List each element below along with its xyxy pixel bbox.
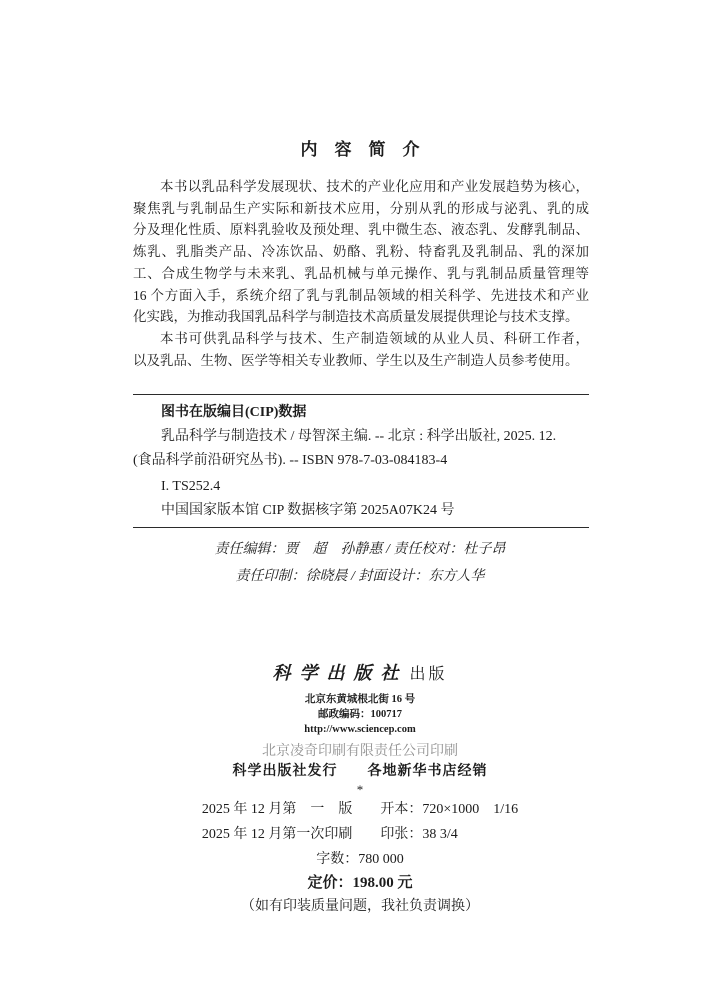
cip-series-isbn: (食品科学前沿研究丛书). -- ISBN 978-7-03-084183-4	[133, 449, 589, 473]
publisher-colophon: 科学出版社出版 北京东黄城根北街 16 号 邮政编码：100717 http:/…	[0, 662, 720, 918]
credit-editors: 责任编辑：贾 超 孙静惠 / 责任校对：杜子昂	[0, 536, 720, 563]
word-count-line: 字数：780 000	[0, 847, 720, 872]
staff-credits: 责任编辑：贾 超 孙静惠 / 责任校对：杜子昂 责任印制：徐晓晨 / 封面设计：…	[0, 536, 720, 590]
intro-line: 化实践，为推动我国乳品科学与制造技术高质量发展提供理论与技术支撑。	[133, 306, 589, 328]
intro-line: 工、合成生物学与未来乳、乳品机械与单元操作、乳与乳制品质量管理等	[133, 263, 589, 285]
publisher-address: 北京东黄城根北街 16 号	[0, 692, 720, 707]
printer-line: 北京凌奇印刷有限责任公司印刷	[0, 742, 720, 762]
asterisk-separator: *	[0, 782, 720, 797]
intro-line: 本书以乳品科学发展现状、技术的产业化应用和产业发展趋势为核心，	[133, 176, 589, 198]
intro-line: 以及乳品、生物、医学等相关专业教师、学生以及生产制造人员参考使用。	[133, 350, 589, 372]
cip-heading: 图书在版编目(CIP)数据	[133, 401, 589, 425]
credit-print-design: 责任印制：徐晓晨 / 封面设计：东方人华	[0, 563, 720, 590]
publisher-logo: 科学出版社	[272, 663, 407, 683]
publisher-postcode: 邮政编码：100717	[0, 707, 720, 722]
copyright-page: 内 容 简 介 本书以乳品科学发展现状、技术的产业化应用和产业发展趋势为核心， …	[0, 0, 720, 1000]
intro-line: 聚焦乳与乳制品生产实际和新技术应用，分别从乳的形成与泌乳、乳的成	[133, 198, 589, 220]
publisher-logo-line: 科学出版社出版	[0, 662, 720, 686]
cip-book-entry: 乳品科学与制造技术 / 母智深主编. -- 北京 : 科学出版社, 2025. …	[133, 425, 589, 449]
print-spec-block: 2025 年 12 月第 一 版 开本：720×1000 1/16 2025 年…	[202, 797, 518, 847]
price-line: 定价：198.00 元	[0, 872, 720, 895]
intro-paragraphs: 本书以乳品科学发展现状、技术的产业化应用和产业发展趋势为核心， 聚焦乳与乳制品生…	[133, 176, 589, 371]
intro-line: 本书可供乳品科学与技术、生产制造领域的从业人员、科研工作者，	[133, 328, 589, 350]
quality-exchange-note: （如有印装质量问题，我社负责调换）	[0, 895, 720, 918]
publisher-logo-suffix: 出版	[409, 666, 447, 683]
print-spec-wrap: 2025 年 12 月第 一 版 开本：720×1000 1/16 2025 年…	[0, 797, 720, 847]
cip-classification: I. TS252.4	[133, 475, 589, 499]
edition-format-line: 2025 年 12 月第 一 版 开本：720×1000 1/16	[202, 797, 518, 822]
intro-line: 分及理化性质、原料乳验收及预处理、乳中微生态、液态乳、发酵乳制品、	[133, 219, 589, 241]
intro-line: 炼乳、乳脂类产品、冷冻饮品、奶酪、乳粉、特畜乳及乳制品、乳的深加	[133, 241, 589, 263]
cip-record-number: 中国国家版本馆 CIP 数据核字第 2025A07K24 号	[133, 499, 589, 523]
distribution-line: 科学出版社发行 各地新华书店经销	[0, 762, 720, 782]
section-title: 内 容 简 介	[0, 139, 720, 161]
intro-line: 16 个方面入手，系统介绍了乳与乳制品领域的相关科学、先进技术和产业	[133, 285, 589, 307]
cip-data-block: 图书在版编目(CIP)数据 乳品科学与制造技术 / 母智深主编. -- 北京 :…	[133, 394, 589, 528]
publisher-website: http://www.sciencep.com	[0, 722, 720, 737]
impression-sheets-line: 2025 年 12 月第一次印刷 印张：38 3/4	[202, 822, 518, 847]
